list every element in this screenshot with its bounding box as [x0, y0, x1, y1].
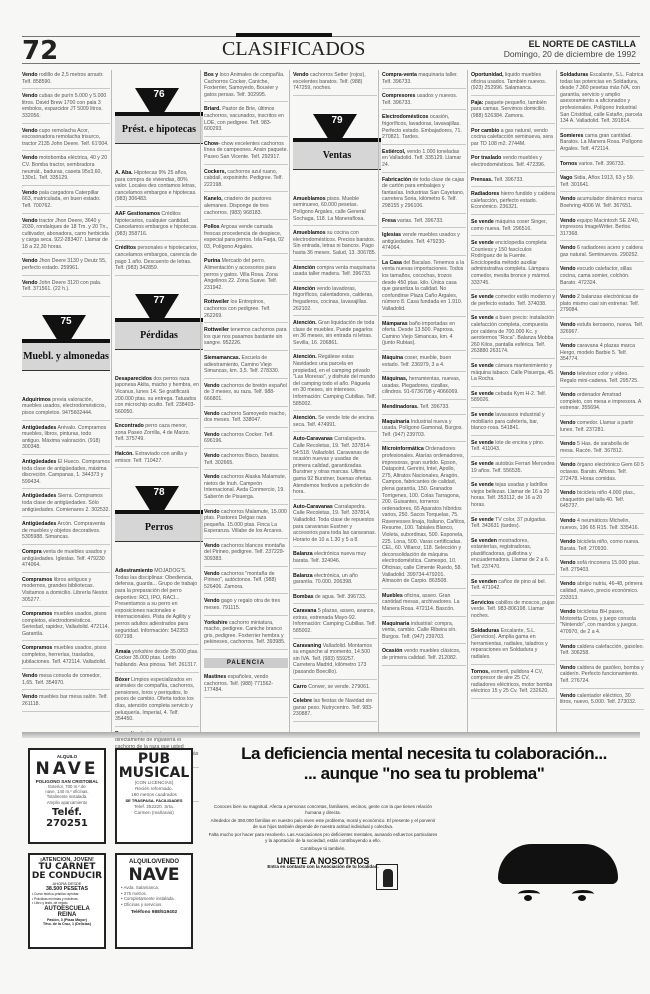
ad-lead: Atención [293, 265, 315, 271]
classified-ad: Balanza electrónica, un año garantía. 70… [293, 571, 377, 590]
ad-lead: Tornos [560, 161, 577, 167]
classified-ad: Se vende cámara mantenimiento y máquina … [471, 361, 555, 387]
classified-ad: Ocasión vendo muebles clásicos, de prime… [382, 646, 466, 665]
ad-lead: Pollos [204, 224, 220, 230]
classified-ad: Fabricación de toda clase de cajas de ca… [382, 175, 466, 214]
ad-lead: Se vende [471, 363, 494, 369]
classified-ad: Rottweiler los Entrepinos, cachorros con… [204, 297, 288, 323]
classified-ad: Vago Sidia, Años 1913, 63 y 59. Telf. 30… [560, 173, 644, 192]
ad-text: Ordenadores profesionales. Atarías orden… [382, 446, 466, 584]
category-number: 77 [115, 298, 203, 305]
classified-ad: Soldaduras Escalante, S.L. Fabrica todas… [560, 70, 644, 129]
ad-text: Sidia, Años 1913, 63 y 59. Telf. 301641. [560, 175, 634, 188]
ad-lead: Siemamancas. [204, 355, 240, 361]
classified-ad: Tornos varios. Telf. 396733. [560, 159, 644, 172]
campaign-contact: Entra en contacto con la Asociación de t… [208, 864, 438, 870]
classified-ad: Prensas. Telf. 396733. [471, 175, 555, 188]
classified-ad: Se venden mostradores, estanterías, regi… [471, 536, 555, 575]
ad-lead: Se vende [471, 391, 494, 397]
classified-ad: Estiércol, vendo 1.000 toneladas en Vall… [382, 147, 466, 173]
classified-ad: Vendo cachorros Malamute, 15.000 ptas. P… [204, 507, 288, 539]
classified-ad: Atención. Se vende lote de encina seca. … [293, 413, 377, 432]
ad-lead: Carro [293, 684, 307, 690]
ad-contact: Carmen (mañanas) [117, 810, 191, 816]
classified-ad: Compresores usados y nuevos. Telf. 39673… [382, 91, 466, 110]
ad-lead: Oportunidad, [471, 72, 504, 78]
classified-ad: Vendo tractor Jhon Deere, 3640 y 2030, r… [22, 216, 110, 255]
ad-lead: Microinformática [382, 446, 424, 452]
section-divider [22, 732, 640, 738]
ad-lead: Se vende [471, 294, 494, 300]
ad-lead: Estiércol, [382, 149, 405, 155]
ad-lead: Vendo [22, 93, 38, 99]
ad-lead: Vendo [204, 543, 220, 549]
ad-lead: Antigüedades [22, 459, 56, 465]
category-number: 76 [115, 92, 203, 99]
classified-ad: Compramos libros antiguos y modernos, gr… [22, 575, 110, 607]
ad-lead: Muebles [382, 593, 403, 599]
ad-lead: Soldaduras [560, 72, 588, 78]
classified-ad: Vendo muebles bar mesa salón. Telf. 2611… [22, 692, 110, 711]
ad-lead: Antigüedades [22, 521, 56, 527]
ad-title: NAVE [117, 865, 191, 885]
classified-ad: Atención compra venta maquinaria usada t… [293, 263, 377, 282]
ad-lead: Fabricación [382, 177, 411, 183]
page-header: 72 CLASIFICADOS EL NORTE DE CASTILLA Dom… [22, 36, 640, 64]
classified-ad: Muebles oficina, asseo. Gran cantidad me… [382, 591, 466, 617]
ad-lead: Vendo [22, 280, 38, 286]
ad-text: varias. Telf. 396733. [397, 218, 443, 224]
classified-ad: Antigüedades Arcón. Compraventa de muebl… [22, 519, 110, 545]
classified-ad: Adquirimos previa valoración, muebles us… [22, 395, 110, 421]
classified-ad: Vendo motobomba eléctrica, 40 y 20 CV. B… [22, 153, 110, 185]
column-2: 76Prést. e hipotecasA. Aba. Hipotecas 9%… [111, 70, 199, 735]
classified-ad: Kanelo, criadero de pastores alemanes. D… [204, 194, 288, 220]
classified-ad: Vendo gago y regalo otra de tres meses. … [204, 596, 288, 615]
classified-ad: Amaia yorkshire desde 35.000 ptas. Cocke… [115, 647, 199, 673]
classified-ad: Vendo caravana 4 plazas marca Hergo, mod… [560, 341, 644, 367]
category-number: 75 [22, 319, 110, 326]
classified-ad: Vendo cachorros Bisco, baratos. Telf. 30… [204, 451, 288, 470]
ad-lead: Vendo [204, 383, 220, 389]
ad-lead: Auto-Caravanas [293, 504, 333, 510]
ad-lead: Servicios [471, 600, 494, 606]
classified-ad: Iglesias vende muebles usados y antigüed… [382, 230, 466, 256]
classified-ad: Compra-venta maquinaria taller. Telf. 39… [382, 70, 466, 89]
ad-lead: Amaia [115, 649, 131, 655]
ad-text: varios. Telf. 396733. [579, 161, 625, 167]
classified-ad: Briard. Pastor de Brie, últimos cachorro… [204, 104, 288, 136]
ad-lead: Vendo [22, 155, 38, 161]
ad-lead: La Casa [382, 260, 402, 266]
ad-lead: A. Aba. [115, 170, 133, 176]
classified-ad: Rottweiler tenemos cachorros para los qu… [204, 325, 288, 351]
ad-nave-alquilo: ALQUILO NAVE POLIGONO SAN CRISTOBAL Exte… [28, 748, 106, 844]
ad-lead: Se venden [471, 538, 497, 544]
newspaper-page: 72 CLASIFICADOS EL NORTE DE CASTILLA Dom… [22, 0, 642, 994]
ad-lead: Amueblamos [293, 196, 326, 202]
classified-ad: Vendo mesa consola de comedor, 1,65. Tel… [22, 671, 110, 690]
ad-lead: Balanza [293, 573, 313, 579]
ad-lead: Vendo [560, 490, 576, 496]
classified-ad: Vendo Jhon Deere 3130 y Deutz 55, perfec… [22, 256, 110, 275]
classified-ad: Atención. Gran liquidación de toda clase… [293, 318, 377, 350]
classified-ad: Vendo caldera calefacción, gasoleo. Telf… [560, 642, 644, 661]
classified-ad: Vendo bicicleta niño, como nueva. Barata… [560, 537, 644, 556]
classified-ad: Yorkshire cachorro miniatura, macho, ped… [204, 618, 288, 650]
category-number: 79 [293, 118, 381, 125]
ad-lead: Rottweiler [204, 299, 229, 305]
classified-ad: Máquinas, herramientas, nuevas, usadas. … [382, 374, 466, 400]
ad-lead: Auto-Caravanas [293, 436, 333, 442]
ad-lead: Iglesias [382, 232, 401, 238]
ad-lead: Vendo [204, 509, 220, 515]
ad-phone: Teléf. 270251 [30, 807, 104, 829]
classified-ad: Vendo órgano electrónico Gem 60 5 octava… [560, 460, 644, 486]
ad-text: dos perros raza japonesa Akita, macho y … [115, 376, 199, 415]
ad-lead: Vago [560, 175, 572, 181]
classified-ad: Vendo cachorros Setter (rojos), excelent… [293, 70, 377, 96]
category-header: 79Ventas [293, 114, 377, 184]
classified-ad: Antigüedades Sierra. Compramos toda clas… [22, 491, 110, 517]
ad-lead: Rottweiler [204, 327, 229, 333]
ad-lead: Compramos [22, 577, 52, 583]
classified-ad: Vendo rodillo de 2,5 metros arrastr. Tel… [22, 70, 110, 89]
classified-ad: Se vende autobús Ferrari Mercedes 19 año… [471, 459, 555, 478]
classified-ad: Atención. Regálese estas Navidades una p… [293, 352, 377, 411]
issue-date: Domingo, 20 de diciembre de 1992 [504, 49, 636, 59]
ad-lead: Vendo [560, 218, 576, 224]
campaign-paragraph: Conoces bien su magnitud. Afecta a perso… [208, 804, 438, 816]
classified-ad: AAF Gestionamos Créditos hipotecarios, c… [115, 209, 199, 241]
ad-lead: Compra-venta [382, 72, 417, 78]
classified-ad: Vendo John Deere 3120 con pala. Telf. 37… [22, 278, 110, 297]
classified-ad: Amueblamos pisos. Mueble seminuevo, 60.0… [293, 194, 377, 226]
classified-ad: Tornos, esmeril, pulidora 4 CV, compreso… [471, 667, 555, 699]
classified-ad: Vendo bicicletas BH paseo, Motoretta Cro… [560, 607, 644, 639]
classified-ad: Vendo 2 balanzas electrónicas de plato m… [560, 292, 644, 318]
ad-lead: Balanza [293, 551, 313, 557]
classified-ad: Carro Conver, se vende. 279061. [293, 682, 377, 695]
classified-ad: Vendo ordenador Amstrad completo, con me… [560, 390, 644, 416]
campaign-headline: La deficiencia mental necesita tu colabo… [208, 744, 640, 764]
classified-ad: Bóxer Limpios especializados en animales… [115, 675, 199, 727]
classified-ad: La Casa del Bacalao. Tenemos a la venta … [382, 258, 466, 317]
ad-lead: Maquinaria [382, 419, 409, 425]
ad-phone: Teléfono 988/519402 [117, 910, 191, 915]
ad-lead: Se vende [471, 461, 494, 467]
classified-ad: Vendo sofá rinconera 15.000 ptas. Telf. … [560, 558, 644, 577]
ad-lead: Se venden [471, 579, 497, 585]
ad-lead: Atención. [293, 354, 317, 360]
ad-lead: Vendo [22, 190, 38, 196]
classified-ad: Máquina coser, mueble, buen estado. Telf… [382, 353, 466, 372]
ad-lead: Electrodomésticos [382, 114, 428, 120]
ad-lead: Vendo [560, 539, 576, 545]
classified-ad: Vendo comedor. Llamar a partir lunes. Te… [560, 418, 644, 437]
classified-ad: Créditos personales e hipotecarios, canc… [115, 243, 199, 275]
ad-lead: Vendo [204, 474, 220, 480]
classified-ad: Chow- chow excelentes cachorros línea de… [204, 139, 288, 165]
classifieds-columns: Vendo rodillo de 2,5 metros arrastr. Tel… [22, 70, 642, 735]
ad-lead: Vendo [560, 462, 576, 468]
ad-text: Carralapedra. Calle Recoletas, 19. Telf.… [293, 504, 376, 543]
association-logo-icon [376, 864, 398, 890]
classified-ad: Se vende máquina coser Singer, como nuev… [471, 217, 555, 236]
ad-lead: Atención. [293, 320, 317, 326]
ad-text: paquete pequeño, también para camas. Ser… [471, 100, 547, 119]
child-face-illustration-icon [498, 844, 618, 914]
classified-ad: Se vende enciclopedia completa Countess … [471, 238, 555, 290]
classified-ad: Caravana 5 plazas, asseo, avance, extras… [293, 606, 377, 638]
campaign-paragraph: Falta mucho por hacer para resolverlo. L… [208, 832, 438, 844]
ad-lead: Vendo [560, 420, 576, 426]
classified-ad: Vendo cachorros de bretón español de 3 m… [204, 381, 288, 407]
ad-lead: Se vende [471, 440, 494, 446]
ad-lead: Celebre [293, 698, 312, 704]
classified-ad: Electrodomésticos ocasión, frigoríficos,… [382, 112, 466, 144]
ad-lead: Se vende [471, 517, 494, 523]
classified-ad: Auto-Caravanas Carralapedra. Calle Recol… [293, 502, 377, 548]
ad-lead: Kanelo, [204, 196, 223, 202]
classified-ad: Maquinaria Industrial nueva y usada. Pol… [382, 417, 466, 443]
ad-lead: Adiestramiento [115, 568, 153, 574]
ad-lead: Vendo [22, 673, 38, 679]
ad-lead: Vendo [560, 294, 576, 300]
ad-bullet: • Oficinas y servicios. [121, 902, 191, 908]
ad-title: DE CONDUCIR [30, 872, 104, 881]
category-header: 75Muebl. y almonedas [22, 315, 110, 385]
ad-lead: Máquina [382, 355, 403, 361]
ad-lead: Encontrado [115, 423, 144, 429]
ad-lead: Vendo [560, 441, 576, 447]
classified-ad: Vendo pala cargadora Caterpillar 663, ma… [22, 188, 110, 214]
ad-title: MUSICAL [117, 766, 191, 780]
ad-text: Escalante, S.L. Fabrica todas las potenc… [560, 72, 643, 124]
ad-lead: Vendo [22, 218, 38, 224]
section-title: CLASIFICADOS [222, 34, 332, 64]
classified-ad: Auto-Caravanas Carralapedra. Calle Recol… [293, 434, 377, 499]
column-5: Compra-venta maquinaria taller. Telf. 39… [378, 70, 466, 735]
classified-ad: Vendo cachorros blancos montaña del Piri… [204, 541, 288, 567]
classified-ad: Se vende a buen precio: instalación cale… [471, 313, 555, 359]
classified-ad: Vendo 4 neumáticos Michelin, nuevos, 196… [560, 516, 644, 535]
classified-ad: Vendo cachorros Cocker. Telf. 696196. [204, 430, 288, 449]
ad-text: MOJADOG'S. Todas las disciplinas: Obedie… [115, 568, 197, 640]
ad-lead: Vendo [204, 453, 220, 459]
classified-ad: Paja: paquete pequeño, también para cama… [471, 98, 555, 124]
ad-lead: Se vende [471, 240, 494, 246]
region-header: PALENCIA [204, 658, 288, 668]
classified-ad: Vendo estufa keroseno, nueva. Telf. 3269… [560, 320, 644, 339]
ad-text: Telf. 396733. [420, 404, 450, 410]
ad-lead: Cockers, [204, 169, 226, 175]
column-4: Vendo cachorros Setter (rojos), excelent… [289, 70, 377, 735]
classified-ad: Halcón. Extraviado con anilla y emisor. … [115, 449, 199, 468]
classified-ad: Vendo cachorros Alaska Malamute, nietos … [204, 472, 288, 504]
classified-ad: Caravaning Valladolid. Montamos su engan… [293, 641, 377, 680]
ad-lead: Bóxer [115, 677, 130, 683]
ad-lead: Vendo [560, 609, 576, 615]
classified-ad: Fresa varias. Telf. 396733. [382, 216, 466, 229]
category-title: Muebl. y almonedas [22, 343, 110, 371]
ad-lead: Compra [22, 549, 42, 555]
column-1: Vendo rodillo de 2,5 metros arrastr. Tel… [22, 70, 110, 735]
column-3: Bos y loco Animales de compañía. Cachorr… [200, 70, 288, 735]
classified-ad: Vendo cachorros "montaña de Pirineo", au… [204, 569, 288, 595]
ad-lead: Tornos, [471, 669, 490, 675]
classified-ad: Vendo 6 radiadores acero y caldera gas n… [560, 243, 644, 262]
ad-lead: Vendo [560, 343, 576, 349]
ad-lead: Caravana [293, 608, 316, 614]
ad-lead: Se vende [471, 412, 494, 418]
classified-ad: Se vende tejas usadas y ladrillos viejos… [471, 480, 555, 512]
ad-lead: Vendo [560, 245, 576, 251]
classified-ad: Se vende lote de encina y pino. Telf. 41… [471, 438, 555, 457]
ad-lead: Caravaning [293, 643, 321, 649]
masthead: EL NORTE DE CASTILLA Domingo, 20 de dici… [504, 39, 636, 59]
classified-ad: Mastines españoles, vendo cachorros. Tel… [204, 672, 288, 698]
classified-ad: Se vende comedor estilo moderno y de per… [471, 292, 555, 311]
classified-ad: Radiadores hierro fundido y caldera cale… [471, 189, 555, 215]
ad-text: Conver, se vende. 279061. [308, 684, 370, 690]
classified-ad: Se vende cebada Kym H-2. Telf. 589026. [471, 389, 555, 408]
ad-lead: Se vende [471, 482, 494, 488]
category-header: 76Prést. e hipotecas [115, 88, 199, 158]
category-title: Prést. e hipotecas [115, 116, 203, 144]
classified-ad: Soldaduras Escalante, S.L. (Servicios). … [471, 626, 555, 665]
ad-lead: Purina [204, 258, 220, 264]
classified-ad: Compramos muebles usados, pisos completo… [22, 609, 110, 641]
ad-text: a buen precio: instalación calefacción c… [471, 315, 554, 354]
ad-lead: Maquinaria [382, 621, 409, 627]
campaign-paragraph: Alrededor de 350.000 familias en nuestro… [208, 818, 438, 830]
classified-ad: Vendo equipo Macintosh SE 2/40, impresor… [560, 216, 644, 242]
classified-ad: Bombas de agua. Telf. 396733. [293, 592, 377, 605]
classified-ad: Vendo cachorro Samoyedo macho, dos meses… [204, 409, 288, 428]
classified-ad: Amueblamos su cocina con electrodoméstic… [293, 228, 377, 260]
ad-lead: Bombas [293, 594, 313, 600]
ad-lead: Paja: [471, 100, 483, 106]
ad-lead: Vendo [560, 665, 576, 671]
ad-lead: Vendo [22, 128, 38, 134]
classified-ad: Mendinadoras. Telf. 396733. [382, 402, 466, 415]
ad-lead: Vendo [560, 371, 576, 377]
ad-lead: Por cambio [471, 128, 499, 134]
ad-lead: Por traslado [471, 155, 501, 161]
classified-ad: Cockers, cachorros azul ruano, cabdail, … [204, 167, 288, 193]
ad-lead: Amueblamos [293, 230, 326, 236]
classified-ad: Siemamancas. Escuela de adiestramiento, … [204, 353, 288, 379]
category-title: Pérdidas [115, 322, 203, 350]
ad-lead: Créditos [115, 245, 136, 251]
ad-lead: Vendo [560, 581, 576, 587]
ad-lead: Vendo [204, 411, 220, 417]
ad-text: Limpios especializados en animales de co… [115, 677, 194, 723]
campaign-paragraph: Contribuye tú también. [208, 846, 438, 852]
ad-nave-alquilo-vendo: ALQUILO/VENDO NAVE • Avda. Salamanca. • … [115, 853, 193, 949]
classified-ad: Por cambio a gas natural, vendo cocina c… [471, 126, 555, 152]
ad-lead: Se vende [471, 315, 494, 321]
campaign-body: Conoces bien su magnitud. Afecta a perso… [208, 804, 438, 870]
classified-ad: Desaparecidos dos perros raza japonesa A… [115, 374, 199, 420]
ad-text: de agua. Telf. 396733. [315, 594, 366, 600]
classified-ad: Maquinaria industrial: compra, venta, ca… [382, 619, 466, 645]
paper-name: EL NORTE DE CASTILLA [504, 39, 636, 49]
classified-ad: Vendo caldera de gasóleo, bomba y calder… [560, 663, 644, 689]
column-7: Soldaduras Escalante, S.L. Fabrica todas… [556, 70, 644, 735]
classified-ad: Se vende TV color, 37 pulgadas. Telf. 34… [471, 515, 555, 534]
ad-lead: Vendo [560, 518, 576, 524]
ad-autoescuela: ¡ATENCION, JOVEN! TU CARNET DE CONDUCIR … [28, 853, 106, 949]
classified-ad: Vendo cupo remolacha Acor, escosonadora … [22, 126, 110, 152]
category-title: Perros [115, 514, 203, 542]
ad-pub-musical: PUB MUSICAL (CON LICENCIAS) Recién refor… [115, 748, 193, 844]
ad-lead: Compramos [22, 611, 52, 617]
ad-lead: Compramos [22, 645, 52, 651]
classified-ad: Se venden caños de pino al bel. Telf. 47… [471, 577, 555, 596]
classified-ad: Somieres cama gran cantidad. Baratos. La… [560, 131, 644, 157]
ad-lead: Máquinas, [382, 376, 407, 382]
classified-ad: Vendo bicicleta niño 4.000 ptas., chaque… [560, 488, 644, 514]
classified-ad: Bos y loco Animales de compañía. Cachorr… [204, 70, 288, 102]
classified-ad: Vendo calentador eléctrico, 30 litros, n… [560, 691, 644, 710]
classified-ad: Purina Mercado del perro. Alimentación y… [204, 256, 288, 295]
ad-lead: Se vende [471, 219, 494, 225]
ad-lead: Somieres [560, 133, 583, 139]
ad-lead: Adquirimos [22, 397, 51, 403]
page-number: 72 [22, 38, 58, 64]
ad-lead: Antigüedades [22, 493, 56, 499]
classified-ad: Antigüedades El Hueco. Compramos toda cl… [22, 457, 110, 489]
ad-bullets: • Avda. Salamanca. • 375 metros. • Compl… [117, 885, 191, 907]
ad-lead: Vendo [204, 571, 220, 577]
classified-ad: Compramos muebles usados, pisos completo… [22, 643, 110, 669]
ad-lead: Vendo [560, 644, 576, 650]
classified-ad: Vendo 5 Has. de sarabolla de mesa. Racón… [560, 439, 644, 458]
ad-lead: Vendo [204, 598, 220, 604]
ad-lead: Vendo [293, 72, 309, 78]
classified-ad: Adiestramiento MOJADOG'S. Todas las disc… [115, 566, 199, 645]
ad-lead: Soldaduras [471, 628, 499, 634]
classified-ad: Vendo escudo calefactor, sillas cocina, … [560, 264, 644, 290]
classified-ad: Vendo abrigo nutria, 46-48, primera cali… [560, 579, 644, 605]
ad-lead: Vendo [560, 693, 576, 699]
classified-ad: Oportunidad, liquido muebles oficina usa… [471, 70, 555, 96]
ad-lead: Halcón. [115, 451, 134, 457]
ad-title: NAVE [30, 759, 104, 779]
ad-text: Regálese estas Navidades una parcela en … [293, 354, 376, 406]
category-number: 78 [115, 490, 203, 497]
ad-line: Amplio aparcamiento [30, 800, 104, 805]
ad-address: Tfno. de la Cruz, 1 (Delicias) [30, 922, 104, 926]
ad-text: Telf. 396733. [494, 177, 524, 183]
classified-ad: Celebre las fiestas de Navidad sin ganar… [293, 696, 377, 722]
category-header: 78Perros [115, 486, 199, 556]
classified-ad: Microinformática Ordenadores profesional… [382, 444, 466, 588]
classified-ad: Encontrado perro caza menor, zona Paseo … [115, 421, 199, 447]
classified-ad: Balanza electrónica nueva muy barata. Te… [293, 549, 377, 568]
ad-lead: Compresores [382, 93, 415, 99]
ad-lead: Prensas. [471, 177, 493, 183]
ad-lead: Mendinadoras. [382, 404, 419, 410]
classified-ad: Vendo televisor color y vídeo. Regalo mi… [560, 369, 644, 388]
classified-ad: Compra venta de muebles usados y antigüe… [22, 547, 110, 573]
ad-lead: Vendo [560, 322, 576, 328]
classified-ad: Pollos Argoas vende camada frescas proce… [204, 222, 288, 254]
classified-ad: A. Aba. Hipotecas 9% 25 años, para compr… [115, 168, 199, 207]
ad-text: enciclopedia completa Countess y 150 fas… [471, 240, 551, 286]
